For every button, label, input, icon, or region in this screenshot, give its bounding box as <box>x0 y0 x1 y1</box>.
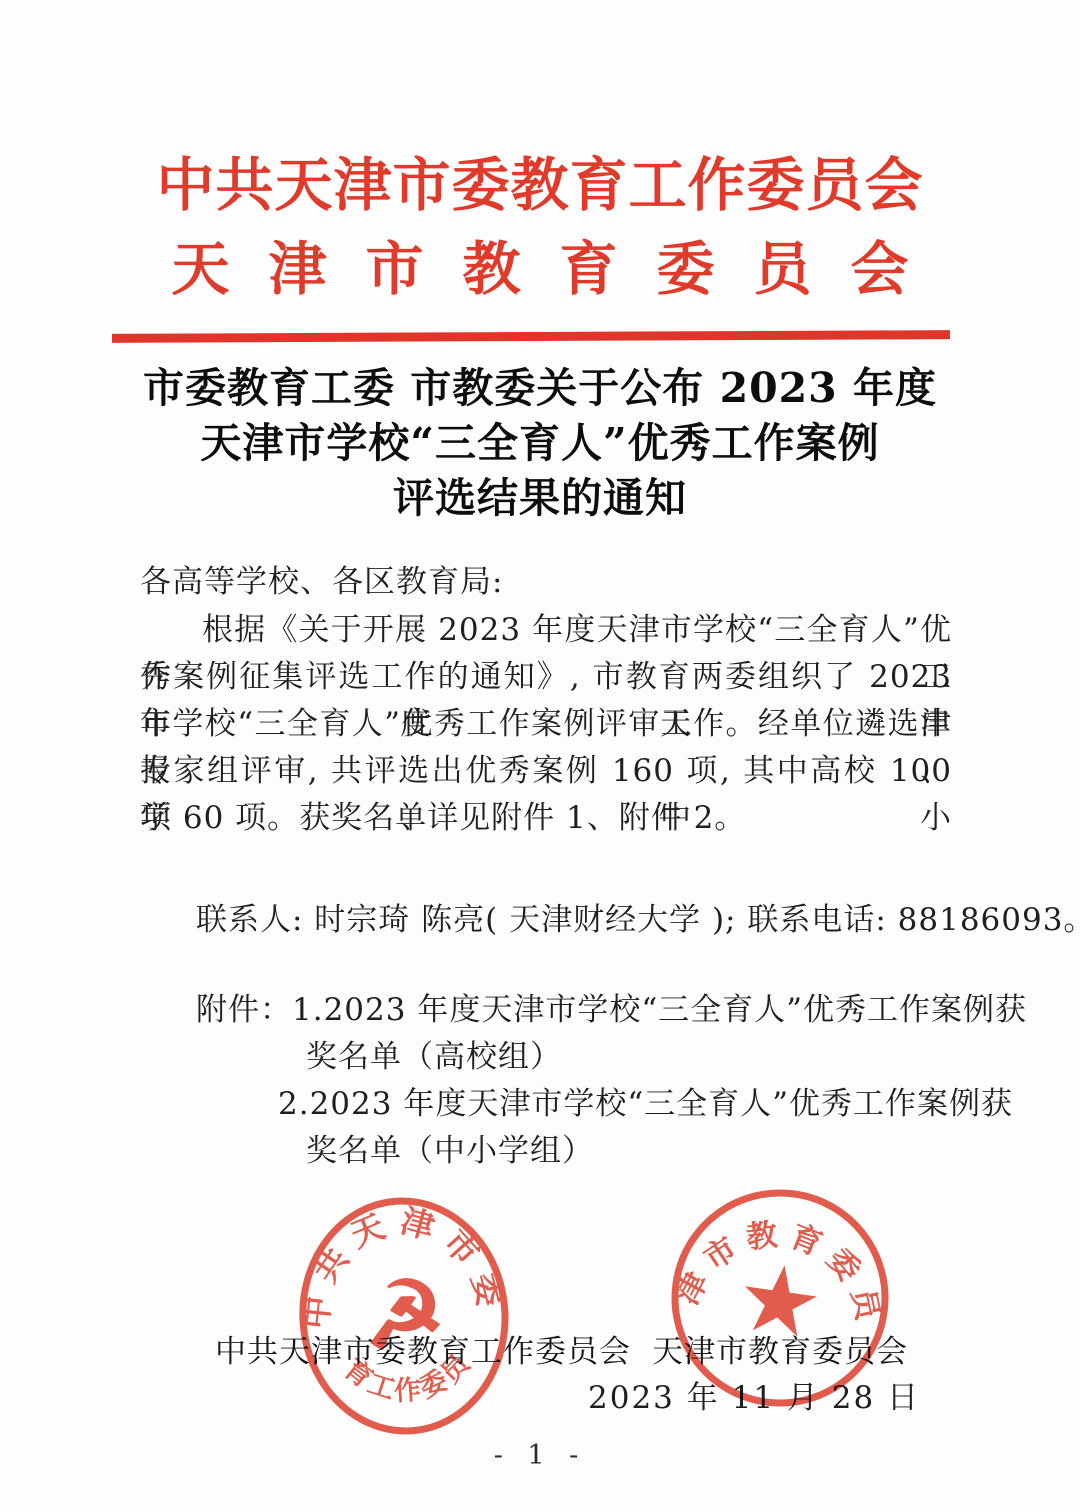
letterhead-org-line2: 天津市教育委员会 <box>0 222 1080 306</box>
document-title-line2: 天津市学校“三全育人”优秀工作案例 <box>0 416 1080 471</box>
attachments-list: 附件：1.2023 年度天津市学校“三全育人”优秀工作案例获 奖名单（高校组） … <box>196 987 986 1175</box>
star-icon: ★ <box>735 1246 823 1355</box>
attachment-line: 奖名单（高校组） <box>196 1034 986 1081</box>
attachment-line: 2.2023 年度天津市学校“三全育人”优秀工作案例获 <box>196 1081 986 1128</box>
paragraph-line: 根据《关于开展 2023 年度天津市学校“三全育人”优秀工 <box>140 607 952 654</box>
salutation: 各高等学校、各区教育局: <box>140 559 952 606</box>
letterhead-red-rule <box>112 330 950 343</box>
stamp-party-committee-seal: 中共天津市委 教育工作委员会 ☭ <box>285 1185 524 1450</box>
page-number: - 1 - <box>0 1440 1080 1471</box>
hammer-sickle-icon: ☭ <box>359 1258 449 1371</box>
document-title-line1: 市委教育工委 市教委关于公布 2023 年度 <box>0 361 1080 416</box>
contact-line: 联系人: 时宗琦 陈亮( 天津财经大学 ); 联系电话: 88186093。 <box>196 897 986 944</box>
stamp-education-commission-seal: 天津市教育委员会 ★ <box>651 1169 909 1427</box>
official-document-page: 中共天津市委教育工作委员会 天津市教育委员会 市委教育工委 市教委关于公布 20… <box>0 0 1080 1512</box>
paragraph-line: 专家组评审, 共评选出优秀案例 160 项, 其中高校 100 项、中小 <box>140 748 952 795</box>
document-title-line3: 评选结果的通知 <box>0 471 1080 526</box>
letterhead-org-line1: 中共天津市委教育工作委员会 <box>0 138 1080 222</box>
attachment-line: 附件：1.2023 年度天津市学校“三全育人”优秀工作案例获 <box>196 987 986 1034</box>
paragraph-line: 作案例征集评选工作的通知》, 市教育两委组织了 2023 年度天津 <box>140 654 952 701</box>
attachment-line: 奖名单（中小学组） <box>196 1128 986 1175</box>
main-paragraph: 根据《关于开展 2023 年度天津市学校“三全育人”优秀工 作案例征集评选工作的… <box>140 607 952 842</box>
paragraph-line: 市学校“三全育人”优秀工作案例评审工作。经单位遴选申报、 <box>140 701 952 748</box>
document-title: 市委教育工委 市教委关于公布 2023 年度 天津市学校“三全育人”优秀工作案例… <box>0 361 1080 526</box>
